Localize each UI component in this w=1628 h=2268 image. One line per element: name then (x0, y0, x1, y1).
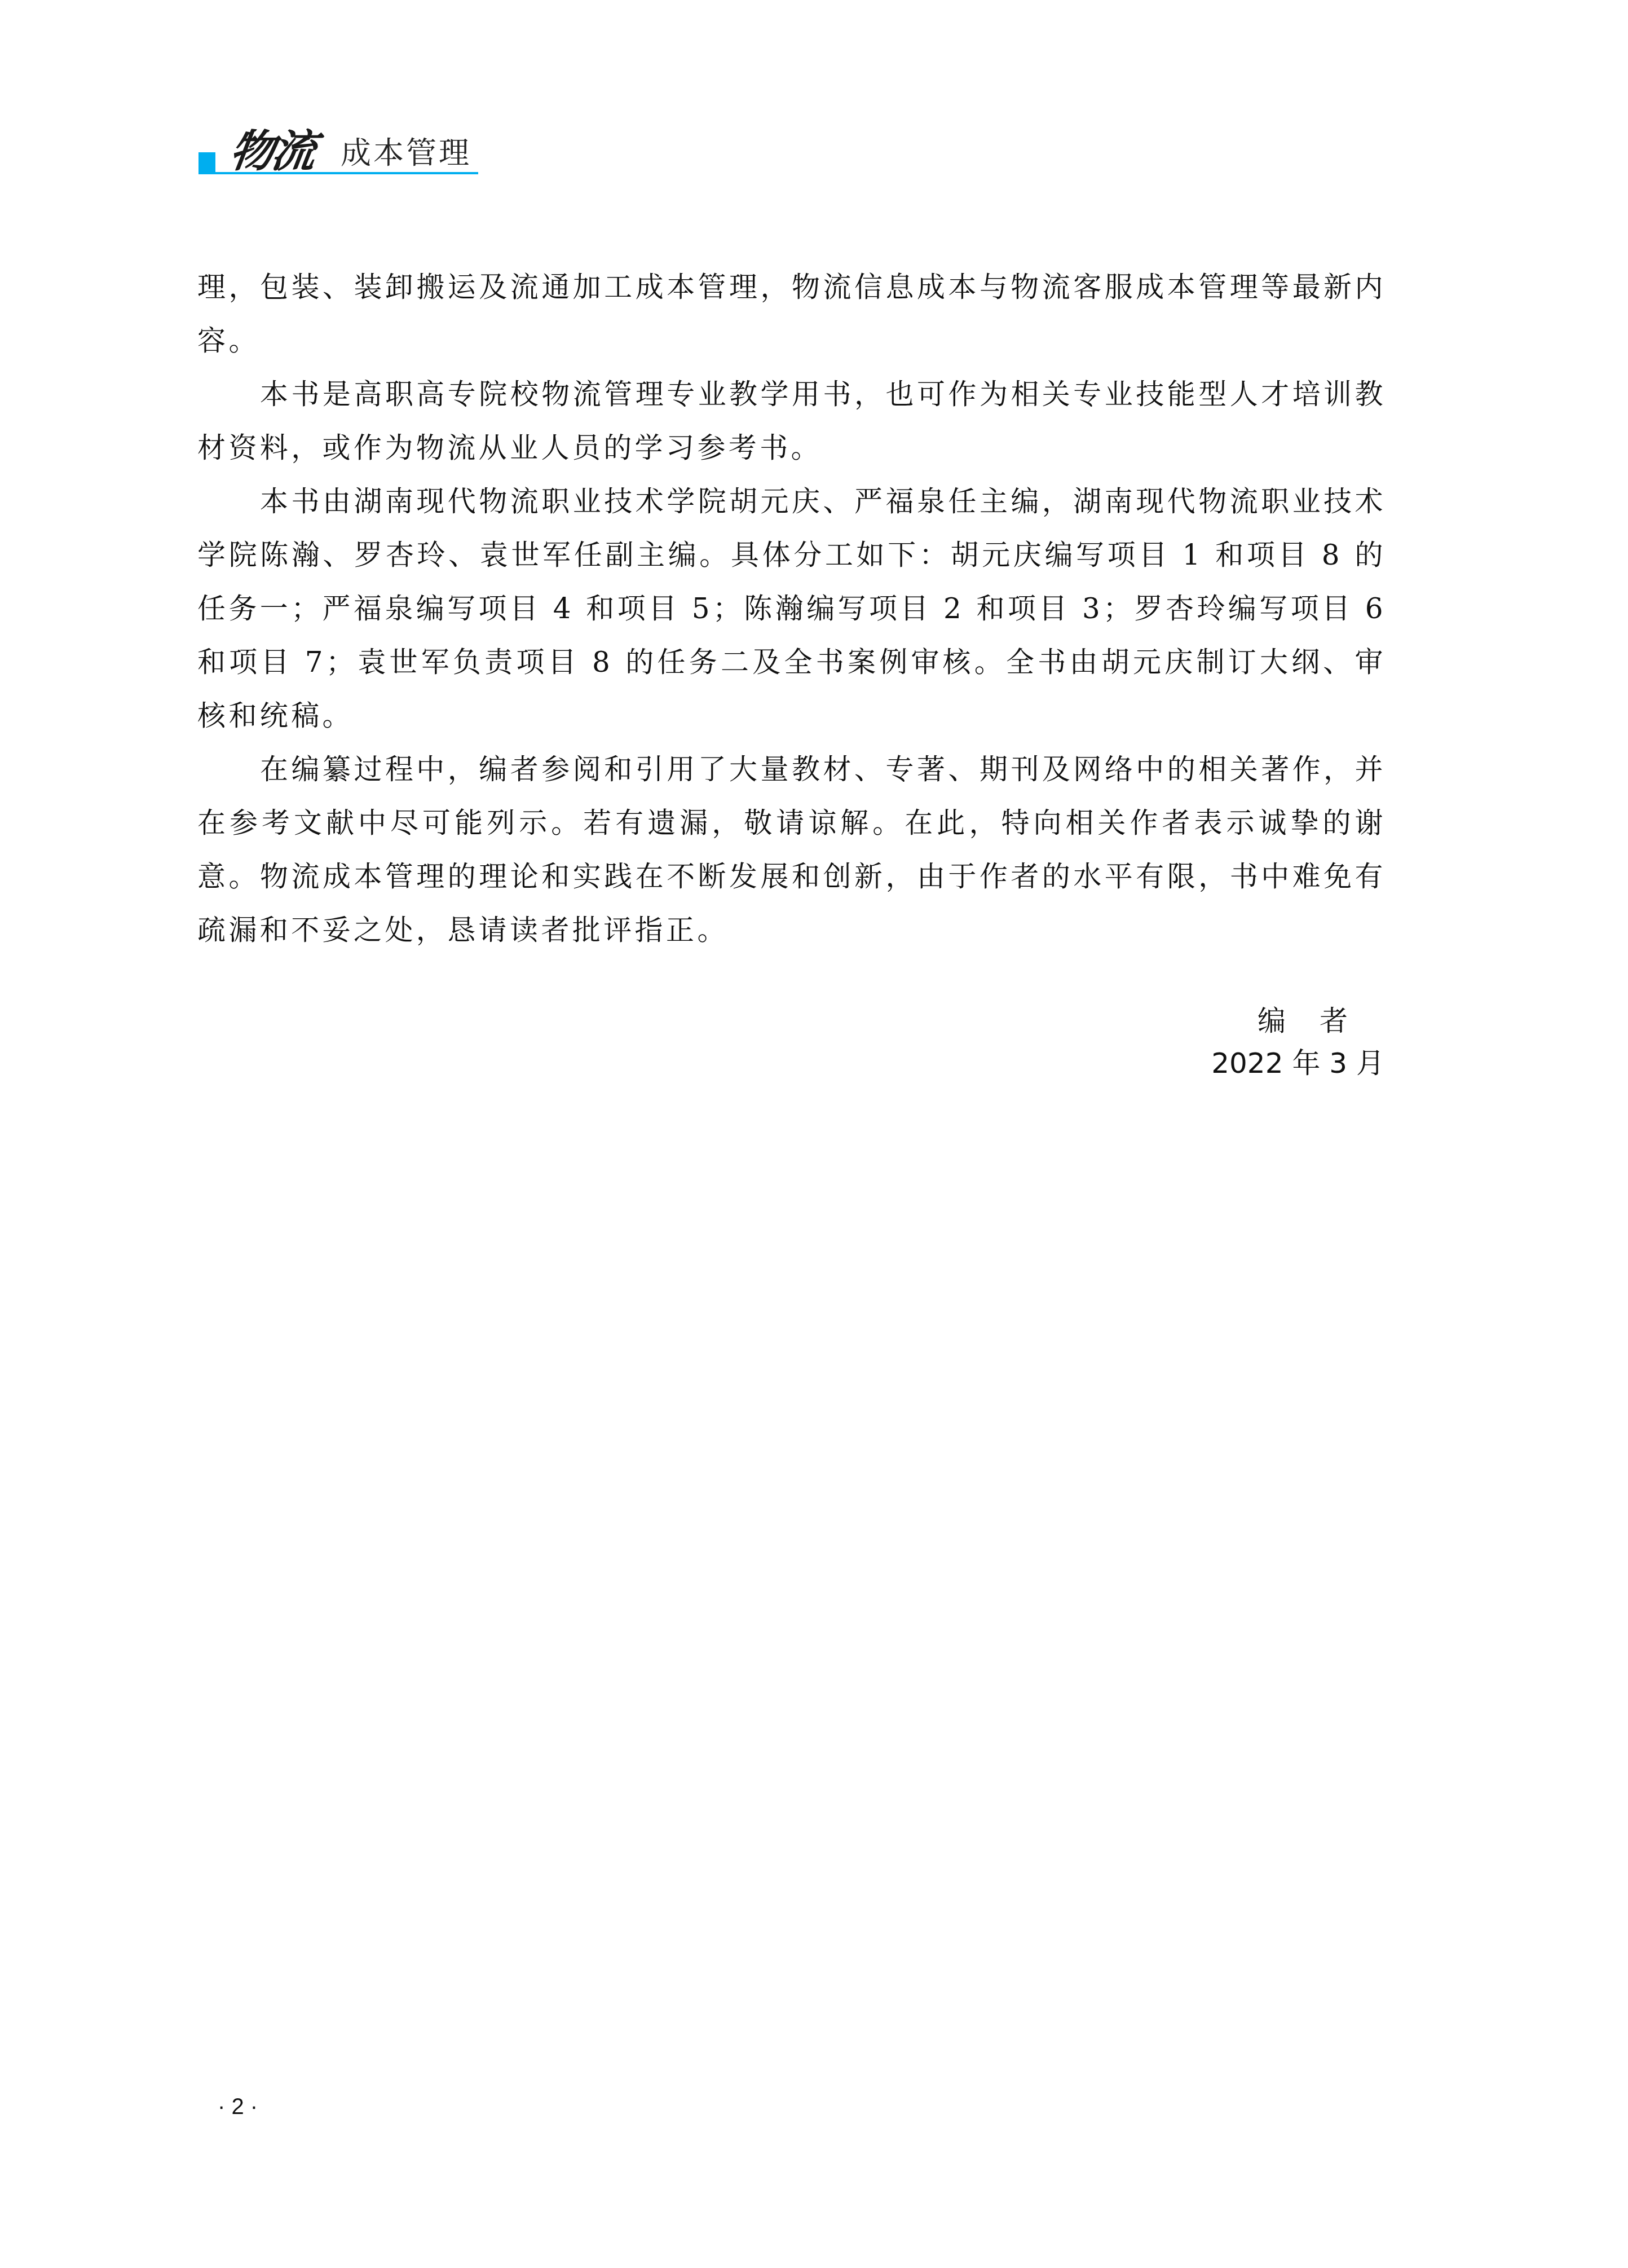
header-subtitle: 成本管理 (341, 135, 471, 171)
page-number: · 2 · (218, 2093, 258, 2121)
paragraph-1: 理，包装、装卸搬运及流通加工成本管理，物流信息成本与物流客服成本管理等最新内容。 (197, 261, 1386, 368)
paragraph-4: 在编纂过程中，编者参阅和引用了大量教材、专著、期刊及网络中的相关著作，并在参考文… (197, 743, 1386, 957)
signature-editor: 编者 (1258, 1004, 1382, 1038)
paragraph-2: 本书是高职高专院校物流管理专业教学用书，也可作为相关专业技能型人才培训教材资料，… (197, 368, 1386, 475)
paragraph-3: 本书由湖南现代物流职业技术学院胡元庆、严福泉任主编，湖南现代物流职业技术学院陈瀚… (197, 475, 1386, 743)
signature-date: 2022 年 3 月 (1211, 1046, 1384, 1080)
preface-body: 理，包装、装卸搬运及流通加工成本管理，物流信息成本与物流客服成本管理等最新内容。… (197, 261, 1386, 957)
header-brand-calligraphy: 物流 (227, 129, 317, 175)
header-accent-square (198, 152, 215, 174)
running-header: 物流 成本管理 (198, 129, 478, 175)
